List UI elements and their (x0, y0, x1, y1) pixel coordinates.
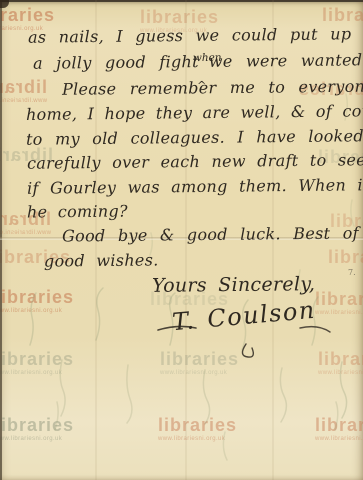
watermark-url: www.librariesni.org.uk (160, 370, 239, 376)
watermark-url: www.librariesni.org.uk (318, 370, 363, 376)
letter-line: a jolly good fightwhen^we were wanted. (33, 50, 363, 73)
inserted-word: when (193, 52, 222, 64)
watermark-text: libraries (160, 350, 239, 369)
letter-line: carefully over each new draft to see (27, 150, 363, 173)
line-text: a jolly good fight (33, 52, 199, 73)
letter-line: as nails, I guess we could put up (28, 24, 352, 46)
page-number-annotation: 7. (348, 268, 356, 277)
watermark-url: www.librariesni.org.uk (0, 308, 74, 314)
libraries-watermark: librarieswww.librariesni.org.uk (0, 416, 74, 442)
letter-line: if Gourley was among them. When is (27, 175, 363, 198)
scan-left-edge (0, 0, 2, 480)
letter-page: librarieswww.librariesni.org.uklibraries… (0, 0, 363, 480)
watermark-text: libraries (0, 6, 55, 25)
watermark-text: libraries (140, 8, 219, 27)
watermark-text: libraries (158, 416, 237, 435)
watermark-url: www.librariesni.org.uk (158, 436, 237, 442)
libraries-watermark: librarieswww.librariesni.org.uk (315, 416, 363, 442)
signature: T. Coulson (171, 296, 317, 336)
libraries-watermark: libraries (328, 248, 363, 267)
libraries-watermark: librarieswww.librariesni.org.uk (0, 78, 47, 104)
libraries-watermark: libraries (322, 6, 363, 25)
signoff-line: Yours Sincerely, (152, 273, 315, 297)
watermark-url: www.librariesni.org.uk (0, 370, 74, 376)
watermark-url: www.librariesni.org.uk (315, 436, 363, 442)
libraries-watermark: librarieswww.librariesni.org.uk (318, 350, 363, 376)
watermark-text: libraries (0, 288, 74, 307)
watermark-text: libraries (315, 416, 363, 435)
letter-line: Please remember me to everyone at (62, 76, 363, 99)
watermark-url: www.librariesni.org.uk (0, 230, 51, 236)
scan-corner-shadow (0, 0, 9, 8)
letter-line: he coming? (27, 201, 128, 221)
letter-line: to my old colleagues. I have looked (26, 126, 363, 149)
watermark-url: www.librariesni.org.uk (315, 310, 363, 316)
letter-line: Good bye & good luck. Best of (62, 223, 359, 245)
letter-line: home, I hope they are well, & of course (26, 101, 363, 124)
libraries-watermark: librarieswww.librariesni.org.uk (158, 416, 237, 442)
watermark-text: libraries (0, 416, 74, 435)
scan-top-edge (0, 0, 363, 2)
libraries-watermark: librarieswww.librariesni.org.uk (315, 290, 363, 316)
watermark-text: libraries (322, 6, 363, 25)
watermark-text: libraries (318, 350, 363, 369)
libraries-watermark: librarieswww.librariesni.org.uk (0, 288, 74, 314)
watermark-text: libraries (0, 350, 74, 369)
watermark-text: libraries (328, 248, 363, 267)
watermark-url: www.librariesni.org.uk (0, 436, 74, 442)
libraries-watermark: librarieswww.librariesni.org.uk (0, 350, 74, 376)
libraries-watermark: librarieswww.librariesni.org.uk (160, 350, 239, 376)
letter-line: good wishes. (44, 250, 159, 270)
watermark-url: www.librariesni.org.uk (0, 98, 47, 104)
watermark-text: libraries (0, 78, 47, 97)
watermark-text: libraries (315, 290, 363, 309)
line-text: we were wanted. (209, 50, 363, 71)
